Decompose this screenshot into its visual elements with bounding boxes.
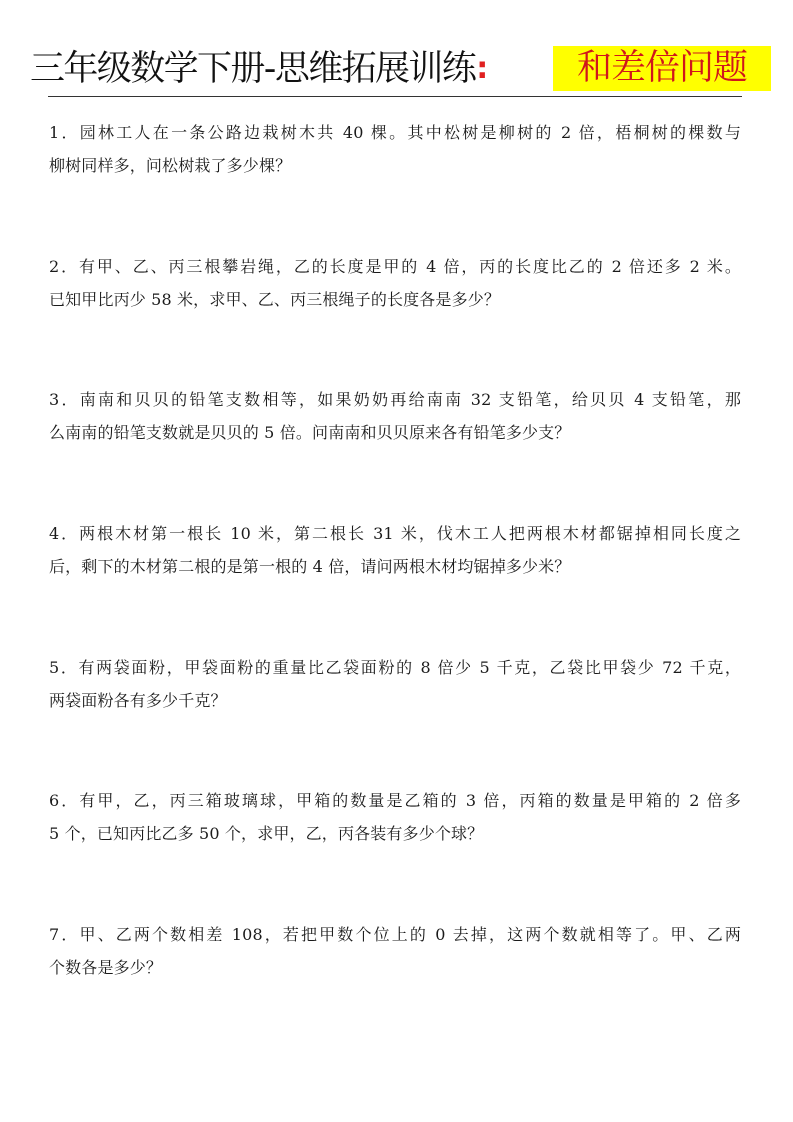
- problem-4: 4．两根木材第一根长 10 米，第二根长 31 米，伐木工人把两根木材都锯掉相同…: [49, 517, 741, 651]
- problem-7: 7．甲、乙两个数相差 108，若把甲数个位上的 0 去掉，这两个数就相等了。甲、…: [49, 918, 741, 1052]
- problem-1: 1．园林工人在一条公路边栽树木共 40 棵。其中松树是柳树的 2 倍，梧桐树的棵…: [49, 116, 741, 250]
- problem-text-line: 1．园林工人在一条公路边栽树木共 40 棵。其中松树是柳树的 2 倍，梧桐树的棵…: [49, 116, 741, 149]
- problem-text-line: 4．两根木材第一根长 10 米，第二根长 31 米，伐木工人把两根木材都锯掉相同…: [49, 517, 741, 550]
- problem-text-line: 柳树同样多，问松树栽了多少棵？: [49, 149, 741, 182]
- title-colon: :: [476, 44, 488, 94]
- title-main-text: 三年级数学下册-思维拓展训练: [30, 44, 475, 94]
- problem-text-line: 7．甲、乙两个数相差 108，若把甲数个位上的 0 去掉，这两个数就相等了。甲、…: [49, 918, 741, 951]
- problem-6: 6．有甲，乙，丙三箱玻璃球，甲箱的数量是乙箱的 3 倍，丙箱的数量是甲箱的 2 …: [49, 784, 741, 918]
- problem-text-line: 两袋面粉各有多少千克？: [49, 684, 741, 717]
- problem-text-line: 3．南南和贝贝的铅笔支数相等，如果奶奶再给南南 32 支铅笔，给贝贝 4 支铅笔…: [49, 383, 741, 416]
- problem-text-line: 5 个，已知丙比乙多 50 个，求甲，乙，丙各装有多少个球？: [49, 817, 741, 850]
- problem-text-line: 6．有甲，乙，丙三箱玻璃球，甲箱的数量是乙箱的 3 倍，丙箱的数量是甲箱的 2 …: [49, 784, 741, 817]
- problem-text-line: 后，剩下的木材第二根的是第一根的 4 倍，请问两根木材均锯掉多少米？: [49, 550, 741, 583]
- page-title: 三年级数学下册-思维拓展训练 :: [30, 44, 488, 94]
- problem-5: 5．有两袋面粉，甲袋面粉的重量比乙袋面粉的 8 倍少 5 千克，乙袋比甲袋少 7…: [49, 651, 741, 785]
- problem-text-line: 个数各是多少？: [49, 951, 741, 984]
- problem-text-line: 5．有两袋面粉，甲袋面粉的重量比乙袋面粉的 8 倍少 5 千克，乙袋比甲袋少 7…: [49, 651, 741, 684]
- problem-text-line: 2．有甲、乙、丙三根攀岩绳，乙的长度是甲的 4 倍，丙的长度比乙的 2 倍还多 …: [49, 250, 741, 283]
- problem-3: 3．南南和贝贝的铅笔支数相等，如果奶奶再给南南 32 支铅笔，给贝贝 4 支铅笔…: [49, 383, 741, 517]
- problem-2: 2．有甲、乙、丙三根攀岩绳，乙的长度是甲的 4 倍，丙的长度比乙的 2 倍还多 …: [49, 250, 741, 384]
- problem-text-line: 么南南的铅笔支数就是贝贝的 5 倍。问南南和贝贝原来各有铅笔多少支？: [49, 416, 741, 449]
- problem-list: 1．园林工人在一条公路边栽树木共 40 棵。其中松树是柳树的 2 倍，梧桐树的棵…: [49, 116, 741, 1052]
- title-topic: 和差倍问题: [553, 46, 771, 91]
- title-divider: [48, 96, 742, 97]
- problem-text-line: 已知甲比丙少 58 米，求甲、乙、丙三根绳子的长度各是多少？: [49, 283, 741, 316]
